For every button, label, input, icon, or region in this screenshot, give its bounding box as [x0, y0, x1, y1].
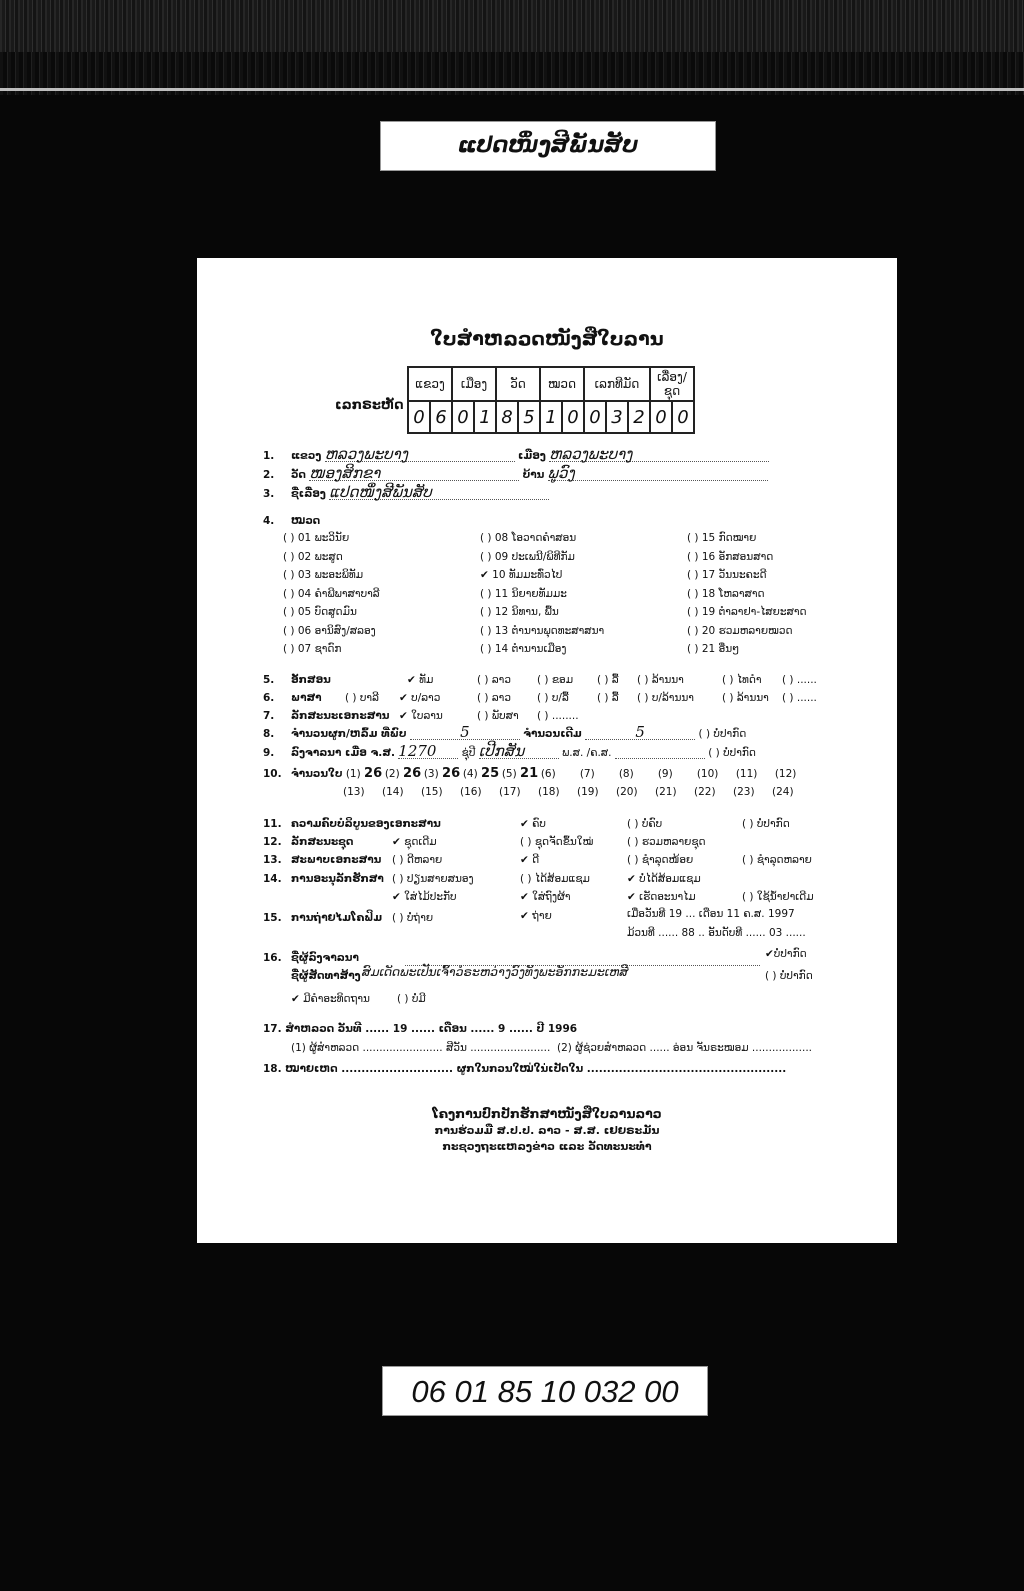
condition-option[interactable]: ✔ ດີ	[520, 854, 539, 866]
code-digit: 0	[672, 401, 694, 433]
code-digit: 2	[628, 401, 650, 433]
row-label: ອັກສອນ	[291, 674, 331, 686]
script-option[interactable]: ( ) ໄທດຳ	[722, 674, 762, 686]
survey-date: 17. ສຳຫລວດ ວັນທີ ...... 19 ...... ເດືອນ …	[263, 1023, 577, 1035]
category-checkbox[interactable]: ( ) 09 ປະເພນີ/ພິທີກັມ	[480, 551, 575, 563]
microfilm-option[interactable]: ✔ ຖ່າຍ	[520, 910, 552, 922]
script-option[interactable]: ( ) ຂອມ	[537, 674, 573, 686]
code-header-2: ວັດ	[496, 367, 540, 401]
category-checkbox[interactable]: ( ) 05 ບົດສູດມົນ	[283, 606, 357, 618]
leaf-count: (23)	[733, 786, 772, 798]
row-number: 13.	[263, 854, 282, 866]
doctype-option[interactable]: ✔ ໃບລານ	[399, 710, 443, 722]
language-option[interactable]: ( ) ລາວ	[477, 692, 511, 704]
row-number: 15.	[263, 912, 282, 924]
scan-line	[0, 88, 1024, 91]
language-option[interactable]: ( ) ບ/ລ້ານນາ	[637, 692, 694, 704]
category-checkbox[interactable]: ( ) 14 ຕຳນານເມືອງ	[480, 643, 566, 655]
row-9: 9.ລົງຈາລນາ ເມື່ອ ຈ.ສ. 1270 ຊຸ່ປີ ເປີກສັນ…	[263, 745, 756, 759]
assistant-surveyor: (2) ຜູ້ຊ່ວຍສຳຫລວດ ...... ອ່ອນ ຈັນຣະໝອມ .…	[557, 1042, 812, 1054]
script-option[interactable]: ( ) ......	[782, 674, 817, 686]
leaf-counts-2: (13)(14)(15)(16)(17)(18)(19)(20)(21)(22)…	[343, 786, 811, 798]
language-option[interactable]: ( ) ......	[782, 692, 817, 704]
code-digit: 0	[452, 401, 474, 433]
code-digit: 6	[430, 401, 452, 433]
language-option[interactable]: ( ) ບາລີ	[345, 692, 379, 704]
leaf-count: (24)	[772, 786, 811, 798]
row-label: ລັກສະນະເອກະສານ	[291, 710, 389, 722]
surveyor: (1) ຜູ້ສຳຫລວດ ........................ ສ…	[291, 1042, 550, 1054]
row-number: 7.	[263, 710, 274, 722]
district-value: ຫລວງພະບາງ	[549, 445, 632, 463]
conservation-option[interactable]: ( ) ໃຊ້ນ້ຳຢາເດີມ	[742, 891, 814, 903]
leaf-count: (4) 25	[463, 766, 502, 781]
leaf-count: (14)	[382, 786, 421, 798]
row-number: 6.	[263, 692, 274, 704]
form-title: ໃບສຳຫລວດໜັງສືໃບລານ	[197, 328, 897, 350]
row-number: 11.	[263, 818, 282, 830]
code-header-1: ເມືອງ	[452, 367, 496, 401]
code-digit: 8	[496, 401, 518, 433]
row-label: ສະພາບເອກະສານ	[291, 854, 381, 866]
row-10: 10.ຈຳນວນໃບ (1) 26(2) 26(3) 26(4) 25(5) 2…	[263, 766, 814, 781]
row-1: 1.ແຂວງ ຫລວງພະບາງ ເມືອງ ຫລວງພະບາງ	[263, 448, 769, 462]
category-checkbox[interactable]: ( ) 03 ພະອະພິທັມ	[283, 569, 363, 581]
footer-line-2: ການຮ່ວມມື ສ.ປ.ປ. ລາວ - ສ.ສ. ເຢຍຣະມັນ	[197, 1124, 897, 1137]
code-header-4: ເລກທີມັດ	[584, 367, 650, 401]
leaf-count: (20)	[616, 786, 655, 798]
conservation-option[interactable]: ( ) ໄດ້ສ້ອມແຊມ	[520, 873, 590, 885]
colophon-option[interactable]: ( ) ບໍ່ມີ	[397, 993, 426, 1005]
remarks: 18. ໝາຍເຫດ ............................ …	[263, 1063, 786, 1075]
code-digit: 1	[540, 401, 562, 433]
leaf-count: (16)	[460, 786, 499, 798]
leaf-count: (5) 21	[502, 766, 541, 781]
script-option[interactable]: ( ) ລາວ	[477, 674, 511, 686]
conservation-option[interactable]: ✔ ເຮັດອະນາໄມ	[627, 891, 696, 903]
category-checkbox[interactable]: ( ) 11 ນິຍາຍທັມມະ	[480, 588, 567, 600]
language-option[interactable]: ( ) ບ/ລື້	[537, 692, 569, 704]
footer-code: 06 01 85 10 032 00	[382, 1366, 708, 1416]
leaf-count: (8)	[619, 766, 658, 781]
row-8: 8.ຈຳນວນຜູກ/ຫລົ້ມ ທີ່ພົບ 5 ຈຳນວນເດີມ 5 ( …	[263, 726, 746, 740]
script-option[interactable]: ( ) ລື້	[597, 674, 619, 686]
leaf-count: (13)	[343, 786, 382, 798]
row-3: 3.ຊື່ເລື່ອງ ແປດໜຶ່ງສີພັນສັບ	[263, 486, 549, 500]
set-option[interactable]: ( ) ຮວມຫລາຍຊຸດ	[627, 836, 706, 848]
wat-value: ໜອງສິກຂາ	[309, 464, 380, 482]
footer-line-3: ກະຊວງຖະແຫລງຂ່າວ ແລະ ວັດທະນະທຳ	[197, 1140, 897, 1153]
row-number: 12.	[263, 836, 282, 848]
category-checkbox[interactable]: ( ) 04 ຄຳພີພາສາບາລີ	[283, 588, 380, 600]
completeness-option[interactable]: ✔ ຄົບ	[520, 818, 546, 830]
survey-form: ໃບສຳຫລວດໜັງສືໃບລານ ເລກຣະຫັດ ແຂວງເມືອງວັດ…	[197, 258, 897, 1243]
set-option[interactable]: ✔ ຊຸດເດີມ	[392, 836, 437, 848]
row-label: ການອະນຸລັກຮັກສາ	[291, 873, 384, 885]
row-number: 14.	[263, 873, 282, 885]
microfilm-date: ເມື່ອວັນທີ 19 ... ເດືອນ 11 ຄ.ສ. 1997	[627, 908, 795, 920]
code-digit: 0	[650, 401, 672, 433]
leaf-count: (7)	[580, 766, 619, 781]
doctype-option[interactable]: ( ) ........	[537, 710, 579, 722]
language-option[interactable]: ( ) ລື້	[597, 692, 619, 704]
leaf-count: (22)	[694, 786, 733, 798]
language-option[interactable]: ✔ ບ/ລາວ	[399, 692, 440, 704]
category-checkbox[interactable]: ( ) 17 ວັນນະຄະດີ	[687, 569, 767, 581]
colophon-option[interactable]: ✔ ມີຄຳອະທິດຖານ	[291, 993, 370, 1005]
code-digit: 0	[584, 401, 606, 433]
code-digit: 1	[474, 401, 496, 433]
leaf-count: (10)	[697, 766, 736, 781]
row-2: 2.ວັດ ໜອງສິກຂາ ບ້ານ ພູວົງ	[263, 467, 768, 481]
code-header-0: ແຂວງ	[408, 367, 452, 401]
condition-option[interactable]: ( ) ຊຳລຸດໜ້ອຍ	[627, 854, 693, 866]
script-option[interactable]: ( ) ລ້ານນາ	[637, 674, 684, 686]
header-label: ແປດໜຶ່ງສີພັນສັບ	[380, 121, 716, 171]
village-value: ພູວົງ	[548, 464, 575, 482]
leaf-count: (1) 26	[346, 766, 385, 781]
microfilm-roll: ມ້ວນທີ ...... 88 .. ອັນດັບທີ ...... 03 .…	[627, 927, 806, 939]
code-digit: 5	[518, 401, 540, 433]
sponsor-unknown[interactable]: ( ) ບໍ່ປາກົດ	[765, 970, 813, 982]
footer-line-1: ໂຄງການປົກປັກຮັກສາໜັງສືໃບລານລາວ	[197, 1106, 897, 1121]
category-checkbox[interactable]: ( ) 06 ອານິສົງ/ສລອງ	[283, 625, 376, 637]
sponsor-label: ຊື່ຜູ້ສັດທາສ້າງ	[291, 970, 361, 982]
code-digit: 0	[408, 401, 430, 433]
language-option[interactable]: ( ) ລ້ານນາ	[722, 692, 769, 704]
conservation-option[interactable]: ✔ ໃສ່ໄມ້ປະກັບ	[392, 891, 457, 903]
completeness-option[interactable]: ( ) ບໍ່ຄົບ	[627, 818, 662, 830]
category-checkbox[interactable]: ( ) 16 ອັກສອນສາດ	[687, 551, 773, 563]
script-option[interactable]: ✔ ທັມ	[407, 674, 433, 686]
conservation-option[interactable]: ✔ ໃສ່ຖົງຜ້າ	[520, 891, 571, 903]
leaf-count: (15)	[421, 786, 460, 798]
doctype-option[interactable]: ( ) ພັບສາ	[477, 710, 519, 722]
leaf-count: (17)	[499, 786, 538, 798]
code-header-3: ໝວດ	[540, 367, 584, 401]
leaf-count: (12)	[775, 766, 814, 781]
set-option[interactable]: ( ) ຊຸດຈັດຂຶ້ນໃໝ່	[520, 836, 593, 848]
code-label: ເລກຣະຫັດ	[335, 398, 404, 413]
condition-option[interactable]: ( ) ດີຫລາຍ	[392, 854, 442, 866]
row-label: ພາສາ	[291, 692, 322, 704]
category-checkbox[interactable]: ( ) 20 ຮວມຫລາຍໝວດ	[687, 625, 793, 637]
leaf-count: (2) 26	[385, 766, 424, 781]
microfilm-option[interactable]: ( ) ບໍ່ຖ່າຍ	[392, 912, 433, 924]
category-checkbox[interactable]: ( ) 18 ໂຫລາສາດ	[687, 588, 765, 600]
completeness-option[interactable]: ( ) ບໍ່ປາກົດ	[742, 818, 790, 830]
leaf-count: (19)	[577, 786, 616, 798]
row-number: 5.	[263, 674, 274, 686]
category-checkbox[interactable]: ✔ 10 ທັມມະທົ່ວໄປ	[480, 569, 562, 581]
code-header-5: ເລື່ອງ/ຊຸດ	[650, 367, 694, 401]
category-checkbox[interactable]: ( ) 02 ພະສູດ	[283, 551, 343, 563]
row-label: ຄວາມຄົບບໍລິບູນຂອງເອກະສານ	[291, 818, 441, 830]
category-checkbox[interactable]: ( ) 12 ນິທານ, ພື້ນ	[480, 606, 559, 618]
row-label: ການຖ່າຍໄມໂຄຟິມ	[291, 912, 382, 924]
sponsor-value: ສົມເດັດພະເປັນເຈົ້າວໍຣະຫວ່າງວົງທັງພະອັກກະ…	[362, 964, 628, 979]
category-checkbox[interactable]: ( ) 01 ພະວິນັຍ	[283, 532, 349, 544]
category-checkbox[interactable]: ( ) 21 ອື່ນໆ	[687, 643, 739, 655]
scribe-unknown[interactable]: ✔ບໍ່ປາກົດ	[765, 948, 807, 960]
leaf-counts: (1) 26(2) 26(3) 26(4) 25(5) 21(6) (7) (8…	[346, 768, 814, 780]
leaf-count: (6)	[541, 766, 580, 781]
category-checkbox[interactable]: ( ) 19 ຕຳລາຢາ-ໄສຍະສາດ	[687, 606, 807, 618]
row-4: 4.ໝວດ	[263, 515, 320, 527]
category-checkbox[interactable]: ( ) 15 ກົດໝາຍ	[687, 532, 756, 544]
leaf-count: (3) 26	[424, 766, 463, 781]
category-checkbox[interactable]: ( ) 07 ຊາດົກ	[283, 643, 341, 655]
category-checkbox[interactable]: ( ) 08 ໂອວາດຄຳສອນ	[480, 532, 576, 544]
leaf-count: (9)	[658, 766, 697, 781]
code-table: ແຂວງເມືອງວັດໝວດເລກທີມັດເລື່ອງ/ຊຸດ 060185…	[407, 366, 695, 434]
province-value: ຫລວງພະບາງ	[325, 445, 408, 463]
category-checkbox[interactable]: ( ) 13 ຕຳນານພຸດທະສາສນາ	[480, 625, 604, 637]
leaf-count: (18)	[538, 786, 577, 798]
code-digit: 0	[562, 401, 584, 433]
title-value: ແປດໜຶ່ງສີພັນສັບ	[329, 483, 432, 501]
condition-option[interactable]: ( ) ຊຳລຸດຫລາຍ	[742, 854, 812, 866]
leaf-count: (11)	[736, 766, 775, 781]
leaf-count: (21)	[655, 786, 694, 798]
conservation-option[interactable]: ✔ ບໍ່ໄດ້ສ້ອມແຊມ	[627, 873, 701, 885]
conservation-option[interactable]: ( ) ປຽນສາຍສນອງ	[392, 873, 474, 885]
code-digit: 3	[606, 401, 628, 433]
row-label: ຊື່ຜູ້ລົງຈາລນາ	[291, 952, 359, 964]
row-number: 16.	[263, 952, 282, 964]
row-label: ລັກສະນະຊຸດ	[291, 836, 353, 848]
